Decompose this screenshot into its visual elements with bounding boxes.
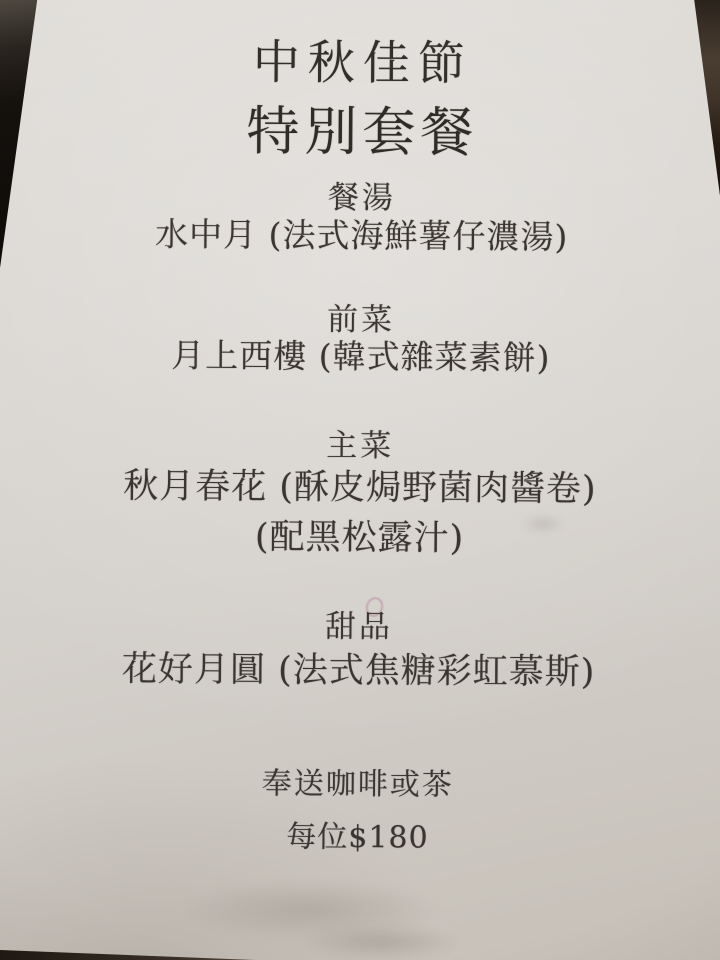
dish-soup: 水中月 (法式海鮮薯仔濃湯) — [2, 207, 720, 259]
dish-main-course-sauce-note: (配黑松露汁) — [0, 507, 720, 562]
price-per-person: 每位$180 — [0, 809, 718, 858]
dish-dessert: 花好月圓 (法式焦糖彩虹慕斯) — [0, 640, 719, 695]
menu-title-line2: 特別套餐 — [2, 87, 720, 168]
menu-photo: 中秋佳節 特別套餐 餐湯 水中月 (法式海鮮薯仔濃湯) 前菜 月上西樓 (韓式雜… — [0, 0, 720, 960]
complimentary-drink-note: 奉送咖啡或茶 — [0, 756, 718, 805]
dish-appetizer: 月上西樓 (韓式雜菜素餅) — [1, 328, 720, 380]
menu-title-line1: 中秋佳節 — [3, 23, 720, 95]
menu-content: 中秋佳節 特別套餐 餐湯 水中月 (法式海鮮薯仔濃湯) 前菜 月上西樓 (韓式雜… — [0, 0, 720, 960]
dish-main-course: 秋月春花 (酥皮焗野菌肉醬卷) — [0, 457, 720, 512]
